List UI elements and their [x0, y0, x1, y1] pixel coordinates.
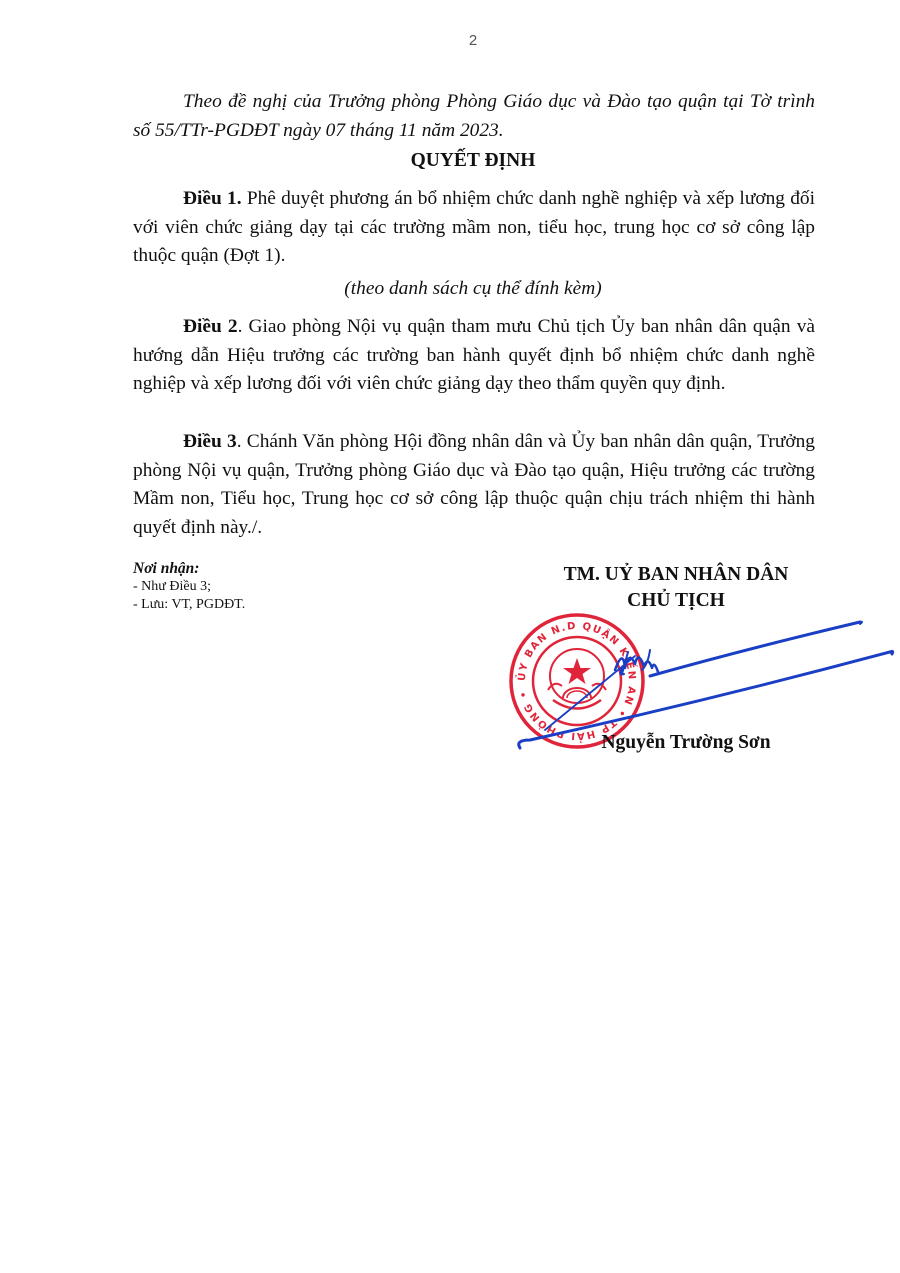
signer-name: Nguyễn Trường Sơn	[516, 732, 856, 754]
recipient-item: - Như Điều 3;	[133, 578, 245, 596]
article-1-label: Điều 1.	[183, 188, 242, 209]
intro-paragraph: Theo đề nghị của Trưởng phòng Phòng Giáo…	[133, 88, 815, 145]
recipients-label: Nơi nhận:	[133, 560, 245, 578]
article-1: Điều 1. Phê duyệt phương án bổ nhiệm chứ…	[133, 185, 815, 271]
page-number: 2	[0, 32, 900, 49]
article-3: Điều 3. Chánh Văn phòng Hội đồng nhân dâ…	[133, 428, 815, 542]
article-2: Điều 2. Giao phòng Nội vụ quận tham mưu …	[133, 313, 815, 399]
attachment-note: (theo danh sách cụ thể đính kèm)	[0, 278, 900, 300]
recipients-block: Nơi nhận: - Như Điều 3; - Lưu: VT, PGDĐT…	[133, 560, 245, 614]
decision-heading: QUYẾT ĐỊNH	[0, 150, 900, 172]
on-behalf-label: TM. UỶ BAN NHÂN DÂN	[516, 562, 836, 588]
signature-title-block: TM. UỶ BAN NHÂN DÂN CHỦ TỊCH	[516, 562, 836, 614]
recipient-item: - Lưu: VT, PGDĐT.	[133, 596, 245, 614]
article-3-label: Điều 3	[183, 431, 237, 452]
article-2-label: Điều 2	[183, 316, 238, 337]
